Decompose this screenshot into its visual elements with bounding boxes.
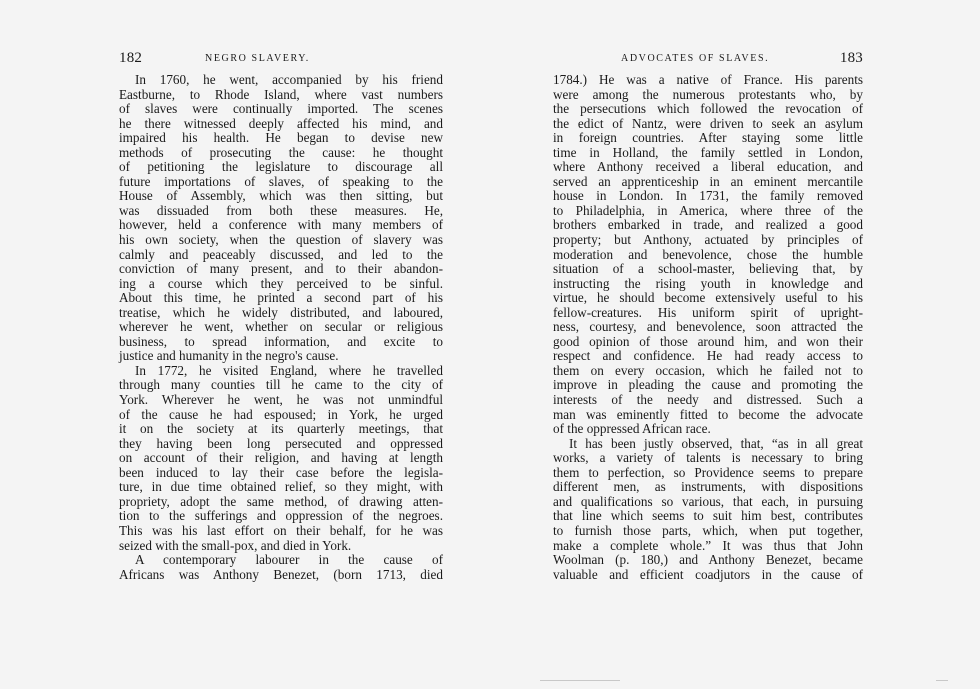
text-line: time in Holland, the family settled in L… [553, 146, 863, 161]
text-line: them on every occasion, which he failed … [553, 364, 863, 379]
left-page-body-text: In 1760, he went, accompanied by his fri… [119, 73, 443, 582]
text-line: future importations of slaves, of speaki… [119, 175, 443, 190]
text-line: however, held a conference with many mem… [119, 218, 443, 233]
text-line: business, to spread information, and exc… [119, 335, 443, 350]
text-line: About this time, he printed a second par… [119, 291, 443, 306]
text-line: This was his last effort on their behalf… [119, 524, 443, 539]
text-line: interests of the needy and distressed. S… [553, 393, 863, 408]
running-head-right: ADVOCATES OF SLAVES. 183 [553, 50, 863, 68]
text-line: that line which seems to suit him best, … [553, 509, 863, 524]
text-line: Africans was Anthony Benezet, (born 1713… [119, 568, 443, 583]
running-head-left: 182 NEGRO SLAVERY. [119, 50, 443, 68]
text-line: it on the society at its quarterly meeti… [119, 422, 443, 437]
text-line: he there witnessed deeply affected his m… [119, 117, 443, 132]
text-line: In 1772, he visited England, where he tr… [119, 364, 443, 379]
text-line: they having been long persecuted and opp… [119, 437, 443, 452]
text-line: In 1760, he went, accompanied by his fri… [119, 73, 443, 88]
page-number-left: 182 [119, 50, 142, 67]
text-line: respect and confidence. He had ready acc… [553, 349, 863, 364]
text-line: seized with the small-pox, and died in Y… [119, 539, 443, 554]
text-line: ing a course which they perceived to be … [119, 277, 443, 292]
text-line: of the cause he had espoused; in York, h… [119, 408, 443, 423]
text-line: justice and humanity in the negro's caus… [119, 349, 443, 364]
text-line: the persecutions which followed the revo… [553, 102, 863, 117]
text-line: was dissuaded from both these measures. … [119, 204, 443, 219]
text-line: 1784.) He was a native of France. His pa… [553, 73, 863, 88]
text-line: served an apprenticeship in an eminent m… [553, 175, 863, 190]
text-line: methods of prosecuting the cause: he tho… [119, 146, 443, 161]
text-line: York. Wherever he went, he was not unmin… [119, 393, 443, 408]
text-line: good opinion of those around him, and wo… [553, 335, 863, 350]
text-line: to Philadelphia, in America, where three… [553, 204, 863, 219]
text-line: man was eminently fitted to become the a… [553, 408, 863, 423]
scan-artifact [540, 680, 620, 681]
text-line: It has been justly observed, that, “as i… [553, 437, 863, 452]
text-line: were among the numerous protestants who,… [553, 88, 863, 103]
text-line: ture, in due time obtained relief, so th… [119, 480, 443, 495]
page-number-right: 183 [840, 50, 863, 67]
text-line: property; but Anthony, actuated by princ… [553, 233, 863, 248]
text-line: virtue, he should become extensively use… [553, 291, 863, 306]
text-line: different men, as instruments, with disp… [553, 480, 863, 495]
text-line: of slaves were continually imported. The… [119, 102, 443, 117]
text-line: impaired his health. He began to devise … [119, 131, 443, 146]
text-line: fellow-creatures. His uniform spirit of … [553, 306, 863, 321]
text-line: works, a variety of talents is necessary… [553, 451, 863, 466]
text-line: of petitioning the legislature to discou… [119, 160, 443, 175]
text-line: through many counties till he came to th… [119, 378, 443, 393]
running-head-title-right: ADVOCATES OF SLAVES. [621, 53, 769, 64]
text-line: house in London. In 1731, the family rem… [553, 189, 863, 204]
text-line: House of Assembly, which was then sittin… [119, 189, 443, 204]
scan-artifact [936, 680, 948, 681]
text-line: where Anthony received a liberal educati… [553, 160, 863, 175]
text-line: tion to the sufferings and oppression of… [119, 509, 443, 524]
text-line: propriety, adopt the same method, of dra… [119, 495, 443, 510]
text-line: situation of a school-master, believing … [553, 262, 863, 277]
text-line: calmly and peaceably discussed, and led … [119, 248, 443, 263]
text-line: of the oppressed African race. [553, 422, 863, 437]
text-line: moderation and benevolence, chose the hu… [553, 248, 863, 263]
text-line: conviction of many present, and to their… [119, 262, 443, 277]
text-line: make a complete whole.” It was thus that… [553, 539, 863, 554]
text-line: instructing the rising youth in knowledg… [553, 277, 863, 292]
text-line: on account of their religion, and having… [119, 451, 443, 466]
text-line: wherever he went, whether on secular or … [119, 320, 443, 335]
running-head-title-left: NEGRO SLAVERY. [205, 53, 310, 64]
text-line: valuable and efficient coadjutors in the… [553, 568, 863, 583]
text-line: them to perfection, so Providence seems … [553, 466, 863, 481]
text-line: A contemporary labourer in the cause of [119, 553, 443, 568]
text-line: been induced to lay their case before th… [119, 466, 443, 481]
text-line: to furnish those parts, which, when put … [553, 524, 863, 539]
text-line: his own society, when the question of sl… [119, 233, 443, 248]
text-line: the edict of Nantz, were driven to seek … [553, 117, 863, 132]
text-line: treatise, which he widely distributed, a… [119, 306, 443, 321]
text-line: and qualifications so various, that each… [553, 495, 863, 510]
text-line: brothers embarked in trade, and realized… [553, 218, 863, 233]
text-line: Eastburne, to Rhode Island, where vast n… [119, 88, 443, 103]
text-line: ness, courtesy, and benevolence, soon at… [553, 320, 863, 335]
text-line: in foreign countries. After staying some… [553, 131, 863, 146]
text-line: Woolman (p. 180,) and Anthony Benezet, b… [553, 553, 863, 568]
right-page-body-text: 1784.) He was a native of France. His pa… [553, 73, 863, 582]
text-line: improve in pleading the cause and promot… [553, 378, 863, 393]
